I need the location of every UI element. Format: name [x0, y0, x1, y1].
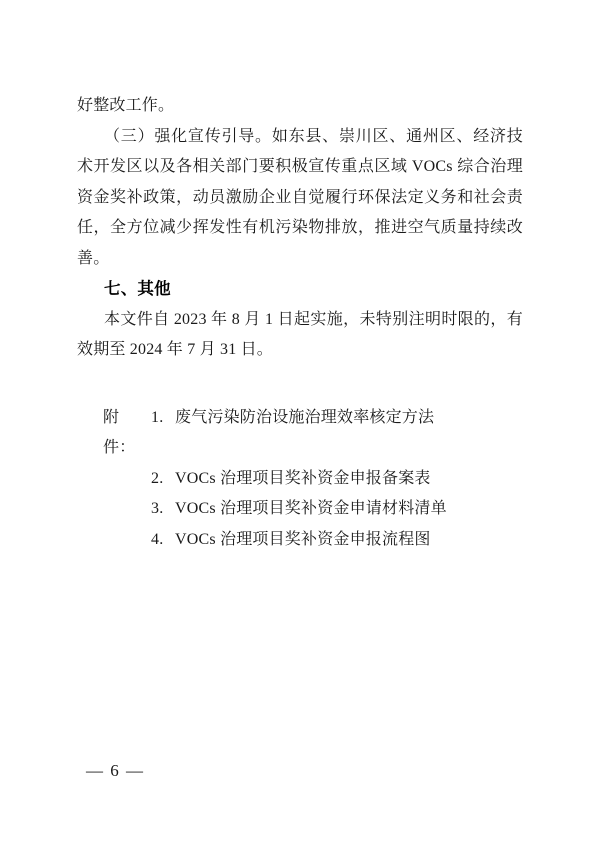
attachment-row: 2. VOCs 治理项目奖补资金申报备案表	[103, 464, 523, 495]
section-heading-other: 七、其他	[104, 274, 523, 305]
page-number: — 6 —	[86, 761, 145, 781]
attachment-number: 1.	[151, 403, 175, 434]
paragraph-validity-line-2: 效期至 2024 年 7 月 31 日。	[77, 335, 523, 366]
paragraph-validity-line-1: 本文件自 2023 年 8 月 1 日起实施，未特别注明时限的，有	[77, 305, 523, 336]
attachment-title: VOCs 治理项目奖补资金申报备案表	[175, 464, 523, 495]
attachment-row: 4. VOCs 治理项目奖补资金申报流程图	[103, 525, 523, 556]
document-body: 好整改工作。 （三）强化宣传引导。如东县、崇川区、通州区、经济技 术开发区以及各…	[77, 91, 523, 555]
document-page: 好整改工作。 （三）强化宣传引导。如东县、崇川区、通州区、经济技 术开发区以及各…	[0, 0, 600, 848]
paragraph-publicity-line-5: 善。	[77, 244, 523, 275]
attachment-row: 附件： 1. 废气污染防治设施治理效率核定方法	[103, 403, 523, 464]
attachment-number: 2.	[151, 464, 175, 495]
paragraph-publicity-line-4: 任，全方位减少挥发性有机污染物排放，推进空气质量持续改	[77, 213, 523, 244]
paragraph-carryover-line: 好整改工作。	[77, 91, 523, 122]
paragraph-publicity-line-2: 术开发区以及各相关部门要积极宣传重点区域 VOCs 综合治理	[77, 152, 523, 183]
attachment-number: 3.	[151, 494, 175, 525]
attachment-title: 废气污染防治设施治理效率核定方法	[175, 403, 523, 434]
attachment-title: VOCs 治理项目奖补资金申请材料清单	[175, 494, 523, 525]
attachments-block: 附件： 1. 废气污染防治设施治理效率核定方法 2. VOCs 治理项目奖补资金…	[103, 403, 523, 556]
paragraph-publicity-line-3: 资金奖补政策，动员激励企业自觉履行环保法定义务和社会责	[77, 183, 523, 214]
attachment-row: 3. VOCs 治理项目奖补资金申请材料清单	[103, 494, 523, 525]
attachments-label: 附件：	[103, 403, 151, 464]
attachment-title: VOCs 治理项目奖补资金申报流程图	[175, 525, 523, 556]
attachment-number: 4.	[151, 525, 175, 556]
paragraph-publicity-line-1: （三）强化宣传引导。如东县、崇川区、通州区、经济技	[77, 122, 523, 153]
